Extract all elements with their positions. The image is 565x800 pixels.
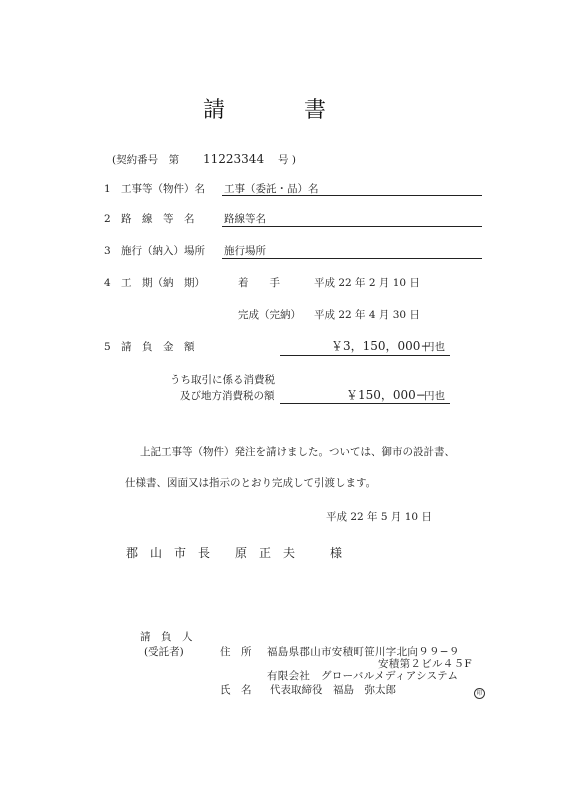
item-3-label: 施行（納入）場所 [121, 244, 205, 258]
tax-amount: ￥150，000− [346, 387, 426, 403]
issue-date: 平成 22 年 5 月 10 日 [326, 510, 432, 524]
contract-no-value: 11223344 [203, 151, 264, 167]
end-label: 完成（完納） [238, 308, 301, 322]
address-label: 住 所 [220, 645, 252, 659]
body-line-2: 仕様書、図面又は指示のとおり完成して引渡します。 [125, 476, 376, 490]
item-4-number: 4 [104, 276, 111, 290]
end-date: 平成 22 年 4 月 30 日 [314, 308, 420, 322]
seal-icon: 印 [474, 688, 485, 699]
item-3-underline [222, 258, 482, 259]
item-5-label: 請 負 金 額 [121, 340, 195, 354]
item-1-number: 1 [104, 182, 111, 196]
item-1-value: 工事（委託・品）名 [224, 182, 319, 196]
body-line-1: 上記工事等（物件）発注を請けました。ついては、御市の設計書、 [140, 445, 455, 459]
item-1-label: 工事等（物件）名 [121, 182, 205, 196]
addressee-honorific: 様 [330, 545, 342, 561]
contract-amount-unit: 円也 [424, 340, 445, 354]
title-char-right: 書 [304, 98, 326, 124]
item-2-value: 路線等名 [224, 212, 266, 226]
item-2-number: 2 [104, 212, 111, 226]
item-2-underline [222, 226, 482, 227]
item-2-label: 路 線 等 名 [121, 212, 195, 226]
contractor-label: 請 負 人 [140, 630, 193, 644]
addressee-title: 郡 山 市 長 [126, 545, 210, 561]
item-1-underline [222, 195, 482, 196]
addressee-name: 原 正 夫 [235, 545, 295, 561]
item-3-number: 3 [104, 244, 111, 258]
representative-name: 代表取締役 福島 弥太郎 [270, 683, 396, 697]
company-name: 有限会社 グローバルメディアシステム [267, 669, 458, 683]
title-char-left: 請 [203, 98, 225, 124]
contract-no-prefix: (契約番号 第 [112, 153, 179, 167]
item-3-value: 施行場所 [224, 244, 266, 258]
start-label: 着 手 [238, 276, 280, 290]
tax-label-line1: うち取引に係る消費税 [170, 373, 275, 387]
contractor-label-sub: (受託者) [144, 645, 184, 659]
item-4-label: 工 期（納 期） [121, 276, 205, 290]
tax-amount-unit: 円也 [424, 389, 445, 403]
start-date: 平成 22 年 2 月 10 日 [314, 276, 420, 290]
item-5-number: 5 [104, 340, 111, 354]
contract-amount: ￥3，150，000− [331, 338, 431, 354]
contract-no-suffix: 号 ) [278, 153, 296, 167]
tax-underline [280, 403, 450, 404]
amount-underline [280, 355, 450, 356]
name-label: 氏 名 [220, 683, 252, 697]
tax-label-line2: 及び地方消費税の額 [180, 389, 275, 403]
